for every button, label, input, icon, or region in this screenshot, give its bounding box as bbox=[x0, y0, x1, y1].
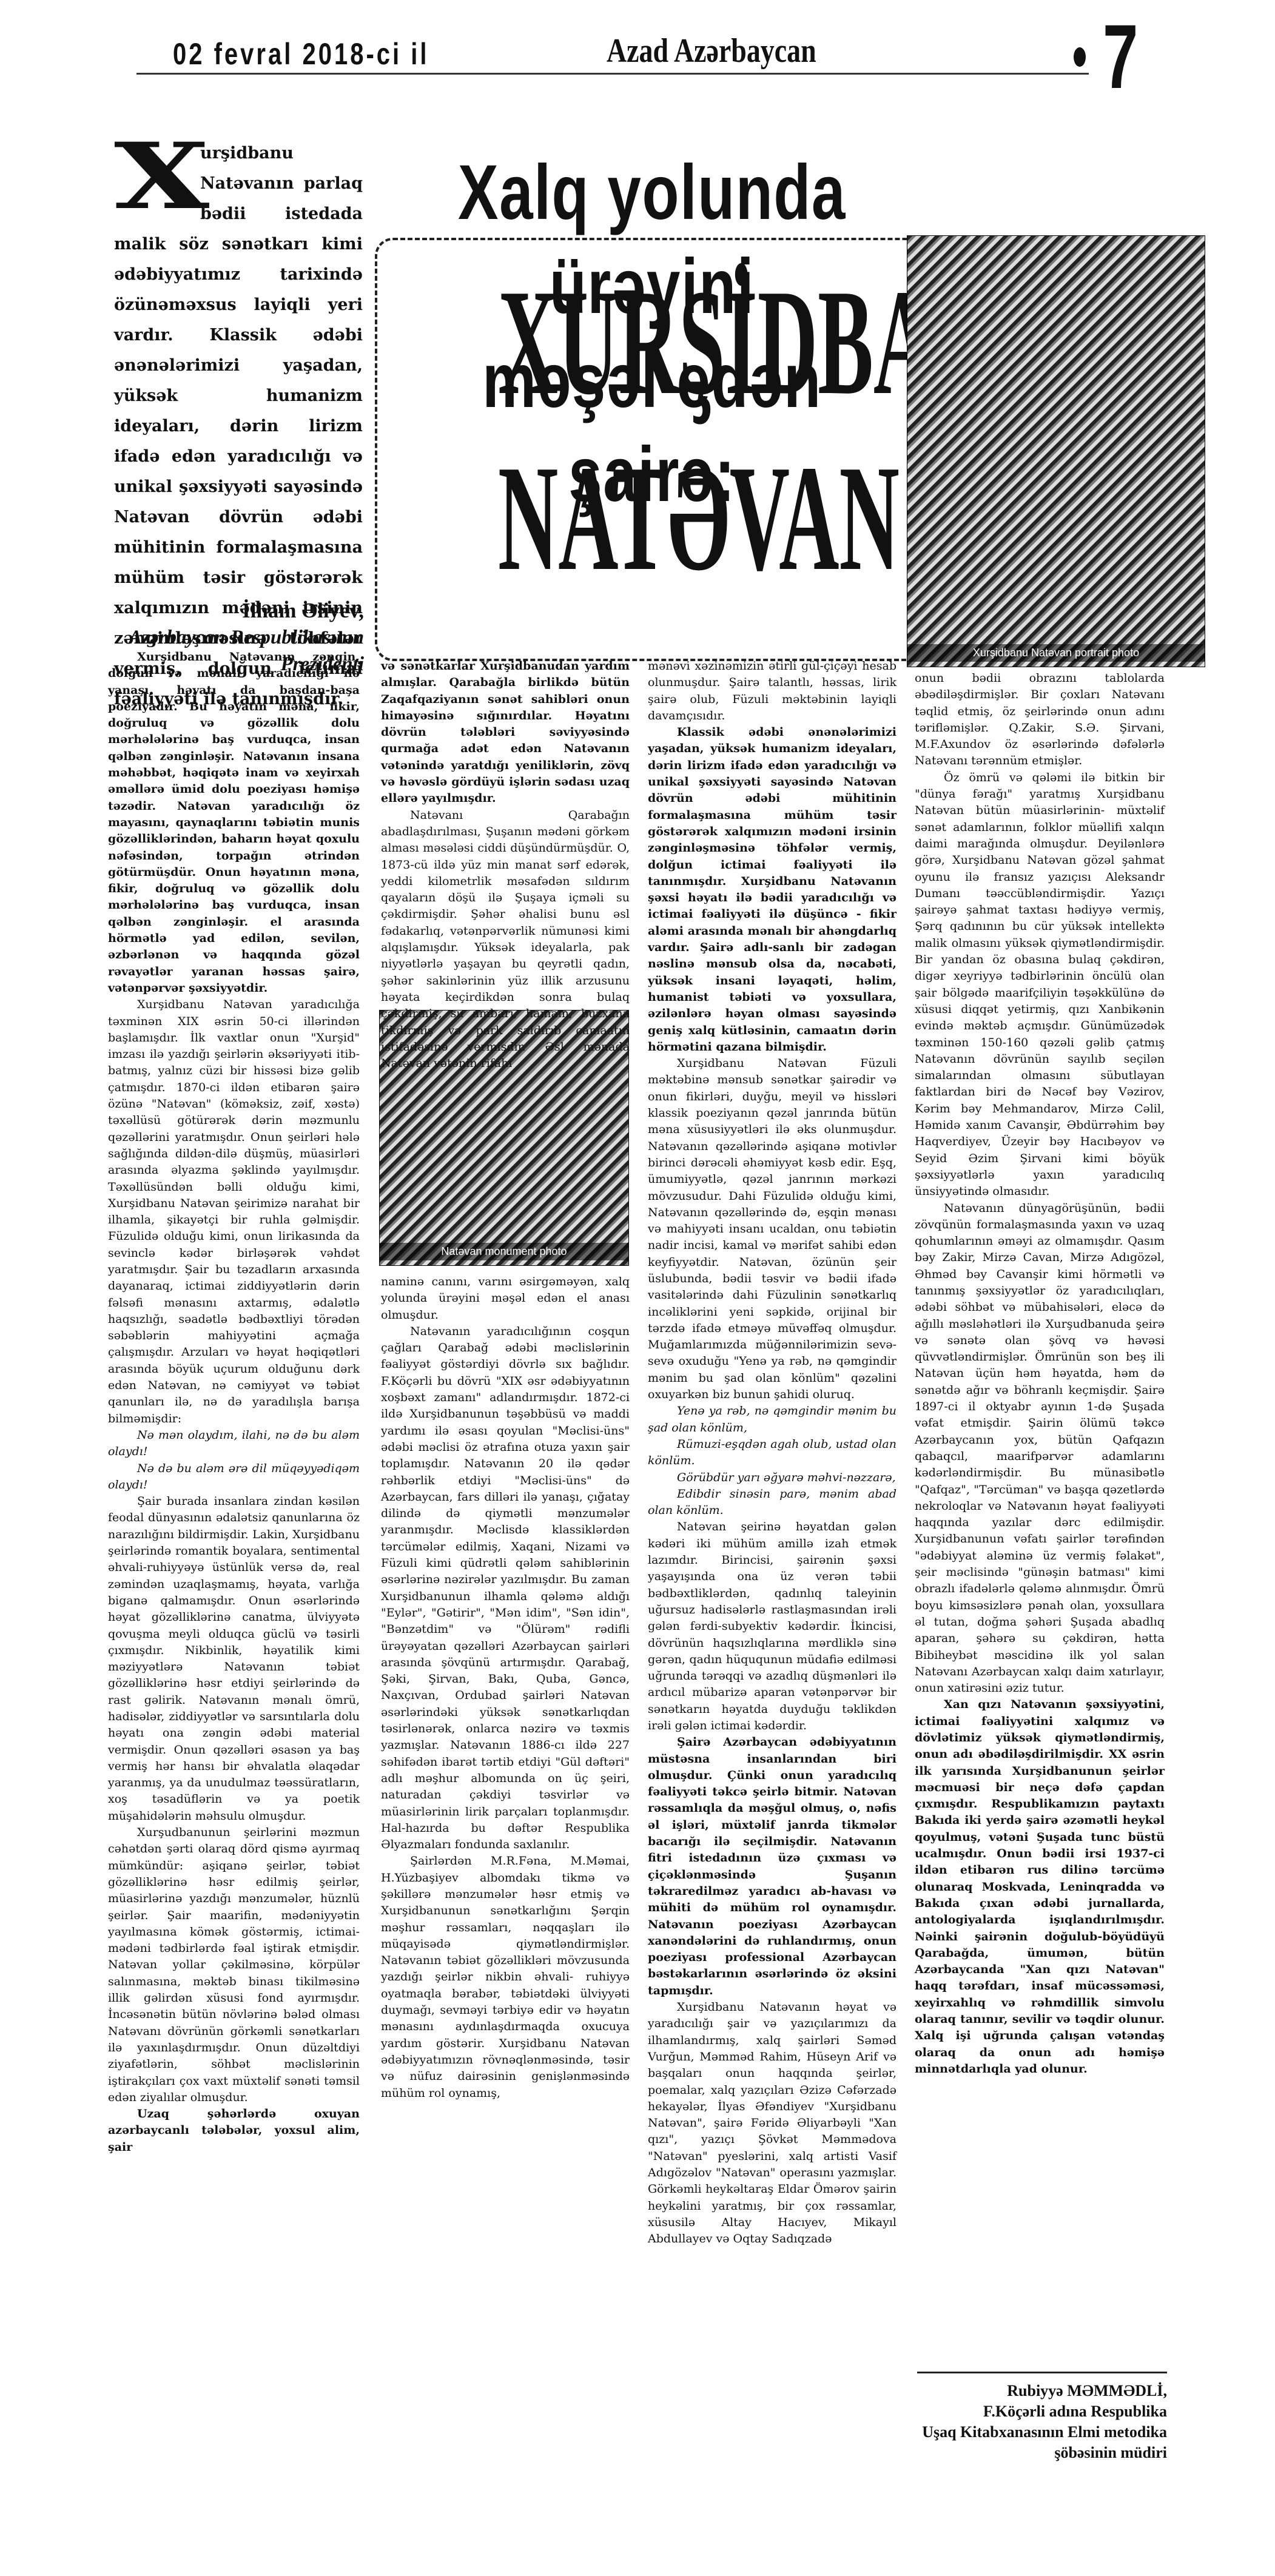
monument-photo-caption: Natəvan monument photo bbox=[380, 1243, 628, 1260]
article-column-1: Xurşidbanu Natəvanın zəngin, dolğun və m… bbox=[108, 649, 360, 2156]
portrait-photo: Xurşidbanu Natəvan portrait photo bbox=[907, 235, 1205, 667]
paragraph: naminə canını, varını əsirgəməyən, xalq … bbox=[381, 1274, 630, 1323]
author-affiliation: F.Köçərli adına Respublika bbox=[917, 2401, 1167, 2422]
paragraph: Xurşidbanu Natəvan yaradıcılığa təxminən… bbox=[108, 997, 360, 1427]
paragraph: Uzaq şəhərlərdə oxuyan azərbaycanlı tələ… bbox=[108, 2106, 360, 2156]
poem-line: Edibdir sinəsin parə, mənim abad olan kö… bbox=[648, 1486, 897, 1519]
paragraph: Natəvanın dünyagörüşünün, bədii zövqünün… bbox=[915, 1200, 1165, 1697]
paragraph: və sənətkarlar Xurşidbanudan yardım almı… bbox=[381, 658, 630, 807]
signature-divider bbox=[917, 2372, 1167, 2373]
poet-name-title: XURŞİDBANU NATƏVAN bbox=[498, 255, 752, 607]
poem-line: Yenə ya rəb, nə qəmgindir mənim bu şad o… bbox=[648, 1403, 897, 1436]
poem-line: Rümuzi-eşqdən agah olub, ustad olan könl… bbox=[648, 1436, 897, 1470]
drop-cap: X bbox=[114, 141, 222, 212]
paragraph: Öz ömrü və qələmi ilə bitkin bir "dünya … bbox=[915, 770, 1165, 1200]
paragraph: Xurşidbanu Natəvan Füzuli məktəbinə məns… bbox=[648, 1055, 897, 1403]
paragraph: Xurşudbanunun şeirlərini məzmun cəhətdən… bbox=[108, 1824, 360, 2106]
poet-name-line-2: NATƏVAN bbox=[498, 431, 752, 607]
bullet-dot-icon bbox=[1074, 47, 1086, 67]
author-signature: Rubiyyə MƏMMƏDLİ, F.Köçərli adına Respub… bbox=[917, 2381, 1167, 2463]
epigraph-author-role: Azərbaycan Respublikasının bbox=[129, 624, 364, 651]
author-position: şöbəsinin müdiri bbox=[917, 2443, 1167, 2463]
paragraph: Natəvanı Qarabağın abadlaşdırılması, Şuş… bbox=[381, 807, 630, 1072]
issue-date: 02 fevral 2018-ci il bbox=[173, 38, 429, 72]
paragraph: mənəvi xəzinəmizin ətirli gül-çiçəyi hes… bbox=[648, 658, 897, 724]
article-column-3: mənəvi xəzinəmizin ətirli gül-çiçəyi hes… bbox=[648, 658, 897, 2248]
paragraph: Şairlərdən M.R.Fəna, M.Məmai, H.Yüzbaşiy… bbox=[381, 1853, 630, 2101]
author-name: Rubiyyə MƏMMƏDLİ, bbox=[917, 2381, 1167, 2401]
poem-line: Görübdür yarı əğyarə məhvi-nəzzarə, bbox=[648, 1470, 897, 1486]
poem-line: Nə mən olaydım, ilahi, nə də bu aləm ola… bbox=[108, 1427, 360, 1461]
article-column-4: onun bədii obrazını tablolarda əbədiləşd… bbox=[915, 670, 1165, 2077]
paragraph: Natəvanın yaradıcılığının coşqun çağları… bbox=[381, 1323, 630, 1854]
paragraph: Şair burada insanlara zindan kəsilən feo… bbox=[108, 1493, 360, 1824]
portrait-photo-caption: Xurşidbanu Natəvan portrait photo bbox=[907, 644, 1205, 662]
paragraph: Klassik ədəbi ənənələrimizi yaşadan, yük… bbox=[648, 724, 897, 1055]
article-column-2-top: və sənətkarlar Xurşidbanudan yardım almı… bbox=[381, 658, 630, 1072]
page-number: 7 bbox=[1103, 11, 1138, 102]
header-divider bbox=[136, 73, 1089, 75]
newspaper-masthead: Azad Azərbaycan bbox=[607, 32, 816, 70]
paragraph: Şairə Azərbaycan ədəbiyyatının müstəsna … bbox=[648, 1734, 897, 1999]
poem-line: Nə də bu aləm ərə dil müqəyyədiqəm olayd… bbox=[108, 1461, 360, 1494]
paragraph: onun bədii obrazını tablolarda əbədiləşd… bbox=[915, 670, 1165, 770]
author-affiliation: Uşaq Kitabxanasının Elmi metodika bbox=[917, 2422, 1167, 2443]
poet-name-line-1: XURŞİDBANU bbox=[498, 255, 752, 431]
paragraph: Natəvan şeirinə həyatdan gələn kədəri ik… bbox=[648, 1519, 897, 1734]
paragraph: Xurşidbanu Natəvanın zəngin, dolğun və m… bbox=[108, 649, 360, 997]
epigraph-author-name: İlham Əliyev, bbox=[129, 597, 364, 624]
paragraph: Xan qızı Natəvanın şəxsiyyətini, ictimai… bbox=[915, 1697, 1165, 2077]
article-column-2-bottom: naminə canını, varını əsirgəməyən, xalq … bbox=[381, 1274, 630, 2102]
paragraph: Xurşidbanu Natəvanın həyat və yaradıcılı… bbox=[648, 1999, 897, 2247]
